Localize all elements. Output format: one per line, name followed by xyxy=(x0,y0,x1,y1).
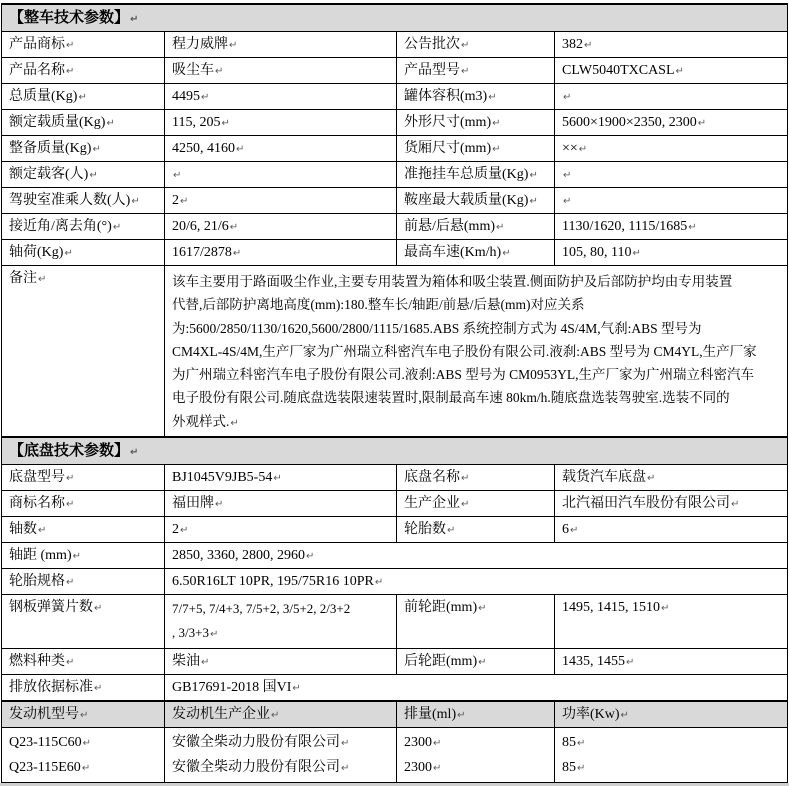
param-label-cell: 罐体容积(m3)↵ xyxy=(397,84,555,110)
engine-header-label: 发动机型号 xyxy=(9,707,79,722)
engine-power-text: 85 xyxy=(562,735,576,750)
return-mark-icon: ↵ xyxy=(492,118,500,129)
engine-power-text: 85 xyxy=(562,760,576,775)
table-row: 额定载质量(Kg)↵ 115, 205↵ 外形尺寸(mm)↵ 5600×1900… xyxy=(2,110,788,136)
param-label-cell: 商标名称↵ xyxy=(2,491,165,517)
return-mark-icon: ↵ xyxy=(529,170,537,181)
param-value: 6 xyxy=(562,522,569,537)
param-label-cell: 排放依据标准↵ xyxy=(2,675,165,702)
return-mark-icon: ↵ xyxy=(66,657,74,668)
param-label-cell: 前悬/后悬(mm)↵ xyxy=(397,214,555,240)
param-value-cell: BJ1045V9JB5-54↵ xyxy=(165,465,397,491)
param-value: 5600×1900×2350, 2300 xyxy=(562,115,697,130)
return-mark-icon: ↵ xyxy=(563,92,571,103)
return-mark-icon: ↵ xyxy=(38,525,46,536)
table-row: 商标名称↵ 福田牌↵ 生产企业↵ 北汽福田汽车股份有限公司↵ xyxy=(2,491,788,517)
param-label-cell: 接近角/离去角(°)↵ xyxy=(2,214,165,240)
return-mark-icon: ↵ xyxy=(66,40,74,51)
param-label: 接近角/离去角(°) xyxy=(9,219,112,234)
param-label: 外形尺寸(mm) xyxy=(404,115,491,130)
return-mark-icon: ↵ xyxy=(64,248,72,259)
engine-manufacturer: 安徽全柴动力股份有限公司↵ xyxy=(172,731,389,756)
return-mark-icon: ↵ xyxy=(577,763,585,774)
remarks-row: 备注↵ 该车主要用于路面吸尘作业,主要专用装置为箱体和吸尘装置.侧面防护及后部防… xyxy=(2,266,788,438)
return-mark-icon: ↵ xyxy=(306,551,314,562)
section-title: 【底盘技术参数】 xyxy=(9,443,129,459)
param-value-cell: 1495, 1415, 1510↵ xyxy=(555,595,788,649)
return-mark-icon: ↵ xyxy=(106,118,114,129)
engine-displacement: 2300↵ xyxy=(404,731,547,756)
return-mark-icon: ↵ xyxy=(38,274,46,285)
spec-table: 【整车技术参数】↵ 产品商标↵ 程力威牌↵ 公告批次↵ 382↵ 产品名称↵ 吸… xyxy=(1,3,788,783)
spec-document: { "pm": "↵", "colors": { "header_bg": "#… xyxy=(0,3,789,786)
param-value-cell: 2↵ xyxy=(165,188,397,214)
param-label: 公告批次 xyxy=(404,37,460,52)
param-label-cell: 整备质量(Kg)↵ xyxy=(2,136,165,162)
param-label: 前轮距(mm) xyxy=(404,600,477,615)
return-mark-icon: ↵ xyxy=(375,577,383,588)
return-mark-icon: ↵ xyxy=(94,683,102,694)
param-value-cell: 4495↵ xyxy=(165,84,397,110)
return-mark-icon: ↵ xyxy=(563,196,571,207)
engine-manufacturer: 安徽全柴动力股份有限公司↵ xyxy=(172,756,389,781)
engine-header-label: 发动机生产企业 xyxy=(172,707,270,722)
param-value-cell: 柴油↵ xyxy=(165,649,397,675)
param-value: 20/6, 21/6 xyxy=(172,219,229,234)
param-value: ×× xyxy=(562,141,578,156)
param-value: CLW5040TXCASL xyxy=(562,63,675,78)
return-mark-icon: ↵ xyxy=(488,92,496,103)
engine-model-text: Q23-115E60 xyxy=(9,760,81,775)
param-value-cell: 载货汽车底盘↵ xyxy=(555,465,788,491)
return-mark-icon: ↵ xyxy=(661,603,669,614)
param-label: 排放依据标准 xyxy=(9,680,93,695)
return-mark-icon: ↵ xyxy=(461,499,469,510)
param-value: 115, 205 xyxy=(172,115,220,130)
param-value: 2 xyxy=(172,522,179,537)
engine-header-label: 功率(Kw) xyxy=(562,707,620,722)
param-value: 福田牌 xyxy=(172,496,214,511)
param-label: 轮胎数 xyxy=(404,522,446,537)
param-value: 2850, 3360, 2800, 2960 xyxy=(172,548,305,563)
section-chassis-header: 【底盘技术参数】↵ xyxy=(2,437,788,465)
param-value-cell: ↵ xyxy=(165,162,397,188)
param-value: 1130/1620, 1115/1685 xyxy=(562,219,687,234)
return-mark-icon: ↵ xyxy=(447,525,455,536)
table-row: 总质量(Kg)↵ 4495↵ 罐体容积(m3)↵ ↵ xyxy=(2,84,788,110)
param-label: 商标名称 xyxy=(9,496,65,511)
engine-displacement-cell: 2300↵ 2300↵ xyxy=(397,728,555,783)
return-mark-icon: ↵ xyxy=(94,603,102,614)
return-mark-icon: ↵ xyxy=(731,499,739,510)
remarks-text-cell: 该车主要用于路面吸尘作业,主要专用装置为箱体和吸尘装置.侧面防护及后部防护均由专… xyxy=(165,266,788,438)
return-mark-icon: ↵ xyxy=(433,738,441,749)
return-mark-icon: ↵ xyxy=(563,170,571,181)
table-row: 产品名称↵ 吸尘车↵ 产品型号↵ CLW5040TXCASL↵ xyxy=(2,58,788,84)
return-mark-icon: ↵ xyxy=(632,248,640,259)
engine-header-cell: 发动机型号↵ xyxy=(2,701,165,728)
return-mark-icon: ↵ xyxy=(230,418,238,429)
param-value-cell: GB17691-2018 国VI↵ xyxy=(165,675,788,702)
param-value-cell: ↵ xyxy=(555,162,788,188)
return-mark-icon: ↵ xyxy=(229,40,237,51)
param-label-cell: 钢板弹簧片数↵ xyxy=(2,595,165,649)
section-title: 【整车技术参数】 xyxy=(9,10,129,26)
param-label: 最高车速(Km/h) xyxy=(404,245,501,260)
emission-row: 排放依据标准↵ GB17691-2018 国VI↵ xyxy=(2,675,788,702)
param-label-cell: 产品名称↵ xyxy=(2,58,165,84)
param-value-cell: 吸尘车↵ xyxy=(165,58,397,84)
param-label-cell: 公告批次↵ xyxy=(397,32,555,58)
wheelbase-row: 轴距 (mm)↵ 2850, 3360, 2800, 2960↵ xyxy=(2,543,788,569)
return-mark-icon: ↵ xyxy=(131,196,139,207)
param-label-cell: 驾驶室准乘人数(人)↵ xyxy=(2,188,165,214)
param-value: BJ1045V9JB5-54 xyxy=(172,470,272,485)
return-mark-icon: ↵ xyxy=(66,473,74,484)
return-mark-icon: ↵ xyxy=(221,118,229,129)
return-mark-icon: ↵ xyxy=(292,683,300,694)
table-row: 整备质量(Kg)↵ 4250, 4160↵ 货厢尺寸(mm)↵ ××↵ xyxy=(2,136,788,162)
param-value: 1495, 1415, 1510 xyxy=(562,600,660,615)
param-label-cell: 货厢尺寸(mm)↵ xyxy=(397,136,555,162)
param-label-cell: 底盘型号↵ xyxy=(2,465,165,491)
param-value-cell: 5600×1900×2350, 2300↵ xyxy=(555,110,788,136)
param-value: 2 xyxy=(172,193,179,208)
param-label-cell: 轮胎数↵ xyxy=(397,517,555,543)
table-row: 接近角/离去角(°)↵ 20/6, 21/6↵ 前悬/后悬(mm)↵ 1130/… xyxy=(2,214,788,240)
return-mark-icon: ↵ xyxy=(461,473,469,484)
engine-model-text: Q23-115C60 xyxy=(9,735,82,750)
param-label: 产品名称 xyxy=(9,63,65,78)
param-value-cell: 382↵ xyxy=(555,32,788,58)
param-value-cell: 1130/1620, 1115/1685↵ xyxy=(555,214,788,240)
param-label-cell: 轴数↵ xyxy=(2,517,165,543)
param-label: 驾驶室准乘人数(人) xyxy=(9,193,130,208)
engine-manufacturer-text: 安徽全柴动力股份有限公司 xyxy=(172,760,340,775)
return-mark-icon: ↵ xyxy=(341,738,349,749)
engine-displacement-text: 2300 xyxy=(404,760,432,775)
param-label: 额定载质量(Kg) xyxy=(9,115,105,130)
return-mark-icon: ↵ xyxy=(173,170,181,181)
return-mark-icon: ↵ xyxy=(577,738,585,749)
param-value-cell: 20/6, 21/6↵ xyxy=(165,214,397,240)
param-value: 382 xyxy=(562,37,583,52)
param-label-cell: 额定载质量(Kg)↵ xyxy=(2,110,165,136)
section-vehicle-header: 【整车技术参数】↵ xyxy=(2,4,788,32)
param-value-cell: 北汽福田汽车股份有限公司↵ xyxy=(555,491,788,517)
remarks-label-cell: 备注↵ xyxy=(2,266,165,438)
param-value-cell: 程力威牌↵ xyxy=(165,32,397,58)
param-value-cell: 6.50R16LT 10PR, 195/75R16 10PR↵ xyxy=(165,569,788,595)
return-mark-icon: ↵ xyxy=(201,657,209,668)
param-value-cell: 福田牌↵ xyxy=(165,491,397,517)
param-value-cell: 1435, 1455↵ xyxy=(555,649,788,675)
return-mark-icon: ↵ xyxy=(92,144,100,155)
return-mark-icon: ↵ xyxy=(78,92,86,103)
engine-model: Q23-115E60↵ xyxy=(9,756,157,781)
fuel-row: 燃料种类↵ 柴油↵ 后轮距(mm)↵ 1435, 1455↵ xyxy=(2,649,788,675)
param-label: 轴数 xyxy=(9,522,37,537)
engine-data-row: Q23-115C60↵ Q23-115E60↵ 安徽全柴动力股份有限公司↵ 安徽… xyxy=(2,728,788,783)
return-mark-icon: ↵ xyxy=(180,196,188,207)
section-title-cell: 【整车技术参数】↵ xyxy=(2,4,788,32)
engine-power: 85↵ xyxy=(562,731,780,756)
table-row: 轴数↵ 2↵ 轮胎数↵ 6↵ xyxy=(2,517,788,543)
param-value: 1435, 1455 xyxy=(562,654,625,669)
return-mark-icon: ↵ xyxy=(341,763,349,774)
param-label: 产品商标 xyxy=(9,37,65,52)
return-mark-icon: ↵ xyxy=(492,144,500,155)
return-mark-icon: ↵ xyxy=(271,710,279,721)
param-value: 载货汽车底盘 xyxy=(562,470,646,485)
param-label: 轴距 (mm) xyxy=(9,548,72,563)
param-label: 货厢尺寸(mm) xyxy=(404,141,491,156)
param-value: GB17691-2018 国VI xyxy=(172,680,291,695)
return-mark-icon: ↵ xyxy=(478,657,486,668)
return-mark-icon: ↵ xyxy=(83,738,91,749)
param-value-cell: 7/7+5, 7/4+3, 7/5+2, 3/5+2, 2/3+2 , 3/3+… xyxy=(165,595,397,649)
engine-manufacturer-text: 安徽全柴动力股份有限公司 xyxy=(172,735,340,750)
section-title-cell: 【底盘技术参数】↵ xyxy=(2,437,788,465)
param-value: 北汽福田汽车股份有限公司 xyxy=(562,496,730,511)
return-mark-icon: ↵ xyxy=(66,66,74,77)
return-mark-icon: ↵ xyxy=(579,144,587,155)
param-label-cell: 外形尺寸(mm)↵ xyxy=(397,110,555,136)
return-mark-icon: ↵ xyxy=(626,657,634,668)
param-label: 额定载客(人) xyxy=(9,167,88,182)
return-mark-icon: ↵ xyxy=(457,710,465,721)
param-label-cell: 生产企业↵ xyxy=(397,491,555,517)
engine-header-label: 排量(ml) xyxy=(404,707,456,722)
return-mark-icon: ↵ xyxy=(621,710,629,721)
param-value: 程力威牌 xyxy=(172,37,228,52)
return-mark-icon: ↵ xyxy=(130,447,138,458)
param-label: 底盘型号 xyxy=(9,470,65,485)
param-label: 轴荷(Kg) xyxy=(9,245,63,260)
engine-power-cell: 85↵ 85↵ xyxy=(555,728,788,783)
return-mark-icon: ↵ xyxy=(584,40,592,51)
return-mark-icon: ↵ xyxy=(529,196,537,207)
engine-power: 85↵ xyxy=(562,756,780,781)
param-value: 6.50R16LT 10PR, 195/75R16 10PR xyxy=(172,574,374,589)
table-row: 额定载客(人)↵ ↵ 准拖挂车总质量(Kg)↵ ↵ xyxy=(2,162,788,188)
param-value-cell: 115, 205↵ xyxy=(165,110,397,136)
spring-row: 钢板弹簧片数↵ 7/7+5, 7/4+3, 7/5+2, 3/5+2, 2/3+… xyxy=(2,595,788,649)
return-mark-icon: ↵ xyxy=(66,577,74,588)
engine-displacement-text: 2300 xyxy=(404,735,432,750)
param-label: 燃料种类 xyxy=(9,654,65,669)
return-mark-icon: ↵ xyxy=(82,763,90,774)
return-mark-icon: ↵ xyxy=(180,525,188,536)
return-mark-icon: ↵ xyxy=(478,603,486,614)
return-mark-icon: ↵ xyxy=(273,473,281,484)
param-label: 轮胎规格 xyxy=(9,574,65,589)
return-mark-icon: ↵ xyxy=(688,222,696,233)
param-value: 105, 80, 110 xyxy=(562,245,631,260)
return-mark-icon: ↵ xyxy=(496,222,504,233)
return-mark-icon: ↵ xyxy=(73,551,81,562)
remarks-label: 备注 xyxy=(9,271,37,286)
param-value: 4250, 4160 xyxy=(172,141,235,156)
param-value-cell: 2↵ xyxy=(165,517,397,543)
param-value-cell: ↵ xyxy=(555,84,788,110)
return-mark-icon: ↵ xyxy=(66,499,74,510)
param-value-cell: ××↵ xyxy=(555,136,788,162)
engine-header-cell: 发动机生产企业↵ xyxy=(165,701,397,728)
engine-model: Q23-115C60↵ xyxy=(9,731,157,756)
param-label: 鞍座最大载质量(Kg) xyxy=(404,193,528,208)
param-value: 吸尘车 xyxy=(172,63,214,78)
return-mark-icon: ↵ xyxy=(233,248,241,259)
param-label-cell: 底盘名称↵ xyxy=(397,465,555,491)
param-value-cell: 105, 80, 110↵ xyxy=(555,240,788,266)
param-value: 柴油 xyxy=(172,654,200,669)
param-label: 钢板弹簧片数 xyxy=(9,600,93,615)
engine-manufacturer-cell: 安徽全柴动力股份有限公司↵ 安徽全柴动力股份有限公司↵ xyxy=(165,728,397,783)
return-mark-icon: ↵ xyxy=(502,248,510,259)
param-value: 4495 xyxy=(172,89,200,104)
return-mark-icon: ↵ xyxy=(113,222,121,233)
param-label-cell: 燃料种类↵ xyxy=(2,649,165,675)
param-label-cell: 额定载客(人)↵ xyxy=(2,162,165,188)
return-mark-icon: ↵ xyxy=(236,144,244,155)
param-label-cell: 最高车速(Km/h)↵ xyxy=(397,240,555,266)
param-value-cell: 1617/2878↵ xyxy=(165,240,397,266)
return-mark-icon: ↵ xyxy=(80,710,88,721)
engine-displacement: 2300↵ xyxy=(404,756,547,781)
return-mark-icon: ↵ xyxy=(698,118,706,129)
engine-model-cell: Q23-115C60↵ Q23-115E60↵ xyxy=(2,728,165,783)
param-label: 整备质量(Kg) xyxy=(9,141,91,156)
return-mark-icon: ↵ xyxy=(210,629,218,640)
return-mark-icon: ↵ xyxy=(215,66,223,77)
param-value-cell: 4250, 4160↵ xyxy=(165,136,397,162)
param-label-cell: 产品型号↵ xyxy=(397,58,555,84)
param-value-cell: CLW5040TXCASL↵ xyxy=(555,58,788,84)
return-mark-icon: ↵ xyxy=(570,525,578,536)
return-mark-icon: ↵ xyxy=(215,499,223,510)
tire-spec-row: 轮胎规格↵ 6.50R16LT 10PR, 195/75R16 10PR↵ xyxy=(2,569,788,595)
return-mark-icon: ↵ xyxy=(461,66,469,77)
return-mark-icon: ↵ xyxy=(89,170,97,181)
return-mark-icon: ↵ xyxy=(130,14,138,25)
return-mark-icon: ↵ xyxy=(433,763,441,774)
param-label: 产品型号 xyxy=(404,63,460,78)
table-row: 底盘型号↵ BJ1045V9JB5-54↵ 底盘名称↵ 载货汽车底盘↵ xyxy=(2,465,788,491)
param-label-cell: 后轮距(mm)↵ xyxy=(397,649,555,675)
param-label-cell: 准拖挂车总质量(Kg)↵ xyxy=(397,162,555,188)
param-label-cell: 轴距 (mm)↵ xyxy=(2,543,165,569)
param-label: 罐体容积(m3) xyxy=(404,89,487,104)
table-row: 轴荷(Kg)↵ 1617/2878↵ 最高车速(Km/h)↵ 105, 80, … xyxy=(2,240,788,266)
remarks-text: 该车主要用于路面吸尘作业,主要专用装置为箱体和吸尘装置.侧面防护及后部防护均由专… xyxy=(172,274,757,429)
param-value-cell: ↵ xyxy=(555,188,788,214)
param-label-cell: 轮胎规格↵ xyxy=(2,569,165,595)
param-label: 准拖挂车总质量(Kg) xyxy=(404,167,528,182)
param-value: 1617/2878 xyxy=(172,245,232,260)
return-mark-icon: ↵ xyxy=(676,66,684,77)
engine-header-row: 发动机型号↵ 发动机生产企业↵ 排量(ml)↵ 功率(Kw)↵ xyxy=(2,701,788,728)
return-mark-icon: ↵ xyxy=(461,40,469,51)
param-label: 后轮距(mm) xyxy=(404,654,477,669)
param-value: 7/7+5, 7/4+3, 7/5+2, 3/5+2, 2/3+2 , 3/3+… xyxy=(172,601,350,640)
table-row: 驾驶室准乘人数(人)↵ 2↵ 鞍座最大载质量(Kg)↵ ↵ xyxy=(2,188,788,214)
param-label-cell: 鞍座最大载质量(Kg)↵ xyxy=(397,188,555,214)
param-label-cell: 轴荷(Kg)↵ xyxy=(2,240,165,266)
param-label-cell: 前轮距(mm)↵ xyxy=(397,595,555,649)
return-mark-icon: ↵ xyxy=(647,473,655,484)
engine-header-cell: 功率(Kw)↵ xyxy=(555,701,788,728)
param-value-cell: 6↵ xyxy=(555,517,788,543)
param-label: 底盘名称 xyxy=(404,470,460,485)
param-label-cell: 总质量(Kg)↵ xyxy=(2,84,165,110)
param-label: 生产企业 xyxy=(404,496,460,511)
param-label: 前悬/后悬(mm) xyxy=(404,219,495,234)
return-mark-icon: ↵ xyxy=(230,222,238,233)
table-row: 产品商标↵ 程力威牌↵ 公告批次↵ 382↵ xyxy=(2,32,788,58)
return-mark-icon: ↵ xyxy=(201,92,209,103)
engine-header-cell: 排量(ml)↵ xyxy=(397,701,555,728)
param-label: 总质量(Kg) xyxy=(9,89,77,104)
param-label-cell: 产品商标↵ xyxy=(2,32,165,58)
param-value-cell: 2850, 3360, 2800, 2960↵ xyxy=(165,543,788,569)
